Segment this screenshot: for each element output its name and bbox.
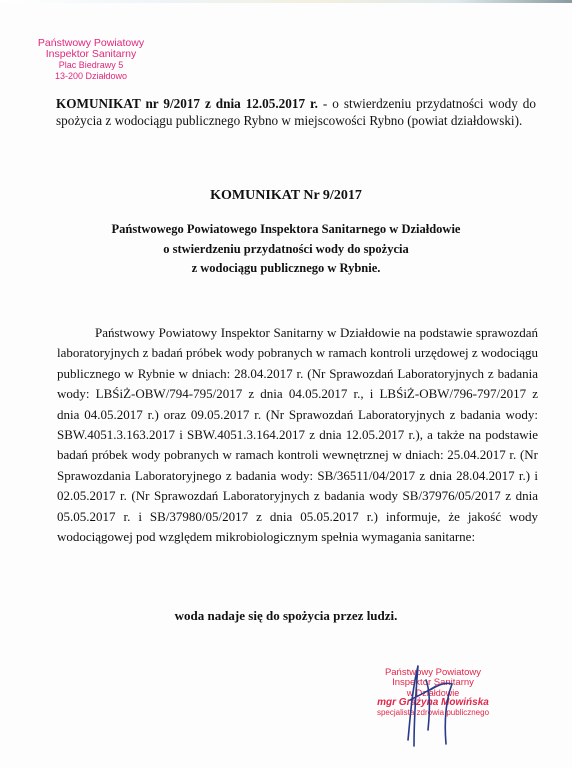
subtitle-line: z wodociągu publicznego w Rybnie. — [0, 261, 572, 276]
subtitle-line: o stwierdzeniu przydatności wody do spoż… — [0, 242, 572, 257]
body-paragraph: Państwowy Powiatowy Inspektor Sanitarny … — [57, 323, 538, 547]
lead-bold: KOMUNIKAT nr 9/2017 z dnia 12.05.2017 r. — [56, 96, 318, 111]
subtitle-line: Państwowego Powiatowego Inspektora Sanit… — [0, 222, 572, 237]
header-stamp-line: Plac Biedrawy 5 — [24, 60, 158, 71]
header-stamp-line: 13-200 Działdowo — [24, 71, 158, 82]
header-stamp: Państwowy Powiatowy Inspektor Sanitarny … — [24, 38, 158, 82]
lead-paragraph: KOMUNIKAT nr 9/2017 z dnia 12.05.2017 r.… — [56, 95, 536, 129]
document-title: KOMUNIKAT Nr 9/2017 — [0, 188, 572, 204]
verdict: woda nadaje się do spożycia przez ludzi. — [0, 608, 572, 624]
scan-edge-strip — [0, 0, 572, 3]
header-stamp-line: Inspektor Sanitarny — [24, 49, 158, 60]
handwritten-signature-icon — [400, 660, 470, 750]
